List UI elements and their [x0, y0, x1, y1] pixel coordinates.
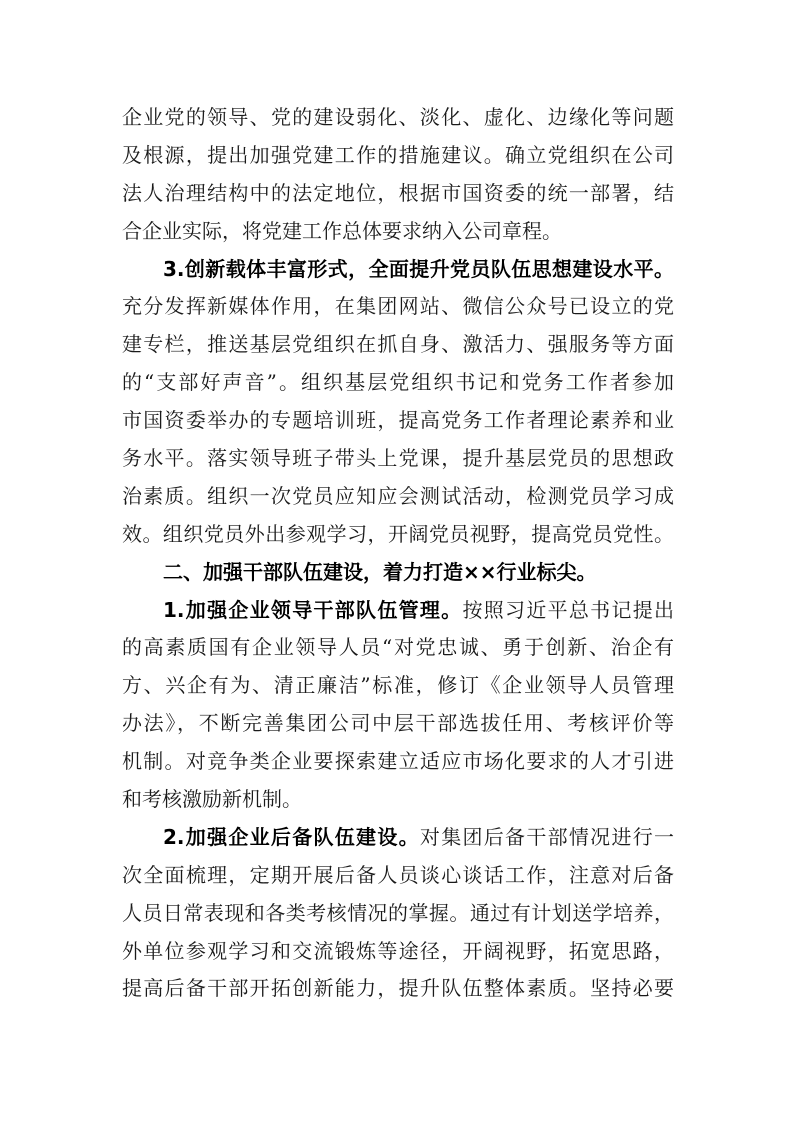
- body-line: 提高后备干部开拓创新能力，提升队伍整体素质。坚持必要: [122, 970, 674, 1008]
- body-line: 效。组织党员外出参观学习，开阔党员视野，提高党员党性。: [122, 516, 674, 554]
- body-line: 的高素质国有企业领导人员“对党忠诚、勇于创新、治企有: [122, 629, 674, 667]
- section-title: 二、加强干部队伍建设，着力打造××行业标尖。: [163, 560, 597, 584]
- body-line: 人员日常表现和各类考核情况的掌握。通过有计划送学培养，: [122, 895, 674, 933]
- subsection-line-2: 2.加强企业后备队伍建设。对集团后备干部情况进行一: [122, 819, 674, 857]
- body-line: 市国资委举办的专题培训班，提高党务工作者理论素养和业: [122, 402, 674, 440]
- body-line: 充分发挥新媒体作用，在集团网站、微信公众号已设立的党: [122, 288, 674, 326]
- body-line: 办法》，不断完善集团公司中层干部选拔任用、考核评价等: [122, 705, 674, 743]
- body-text: 按照习近平总书记提出: [462, 598, 674, 622]
- subsection-title: 3.创新载体丰富形式，全面提升党员队伍思想建设水平。: [163, 257, 674, 281]
- body-line: 建专栏，推送基层党组织在抓自身、激活力、强服务等方面: [122, 326, 674, 364]
- subsection-title: 1.加强企业领导干部队伍管理。: [163, 598, 462, 622]
- body-line: 机制。对竞争类企业要探索建立适应市场化要求的人才引进: [122, 743, 674, 781]
- body-line: 和考核激励新机制。: [122, 781, 674, 819]
- body-line: 治素质。组织一次党员应知应会测试活动，检测党员学习成: [122, 478, 674, 516]
- body-line: 合企业实际，将党建工作总体要求纳入公司章程。: [122, 213, 674, 251]
- body-line: 法人治理结构中的法定地位，根据市国资委的统一部署，结: [122, 175, 674, 213]
- body-line: 企业党的领导、党的建设弱化、淡化、虚化、边缘化等问题: [122, 99, 674, 137]
- body-line: 的“支部好声音”。组织基层党组织书记和党务工作者参加: [122, 364, 674, 402]
- body-line: 外单位参观学习和交流锻炼等途径，开阔视野，拓宽思路，: [122, 933, 674, 971]
- body-line: 务水平。落实领导班子带头上党课，提升基层党员的思想政: [122, 440, 674, 478]
- subsection-line-1: 1.加强企业领导干部队伍管理。按照习近平总书记提出: [122, 592, 674, 630]
- body-text: 对集团后备干部情况进行一: [420, 825, 674, 849]
- subsection-title: 2.加强企业后备队伍建设。: [163, 825, 420, 849]
- body-line: 次全面梳理，定期开展后备人员谈心谈话工作，注意对后备: [122, 857, 674, 895]
- subsection-heading-3: 3.创新载体丰富形式，全面提升党员队伍思想建设水平。: [122, 251, 674, 289]
- body-line: 方、兴企有为、清正廉洁”标准，修订《企业领导人员管理: [122, 667, 674, 705]
- body-line: 及根源，提出加强党建工作的措施建议。确立党组织在公司: [122, 137, 674, 175]
- document-page: 企业党的领导、党的建设弱化、淡化、虚化、边缘化等问题 及根源，提出加强党建工作的…: [122, 99, 674, 1008]
- section-heading-2: 二、加强干部队伍建设，着力打造××行业标尖。: [122, 554, 674, 592]
